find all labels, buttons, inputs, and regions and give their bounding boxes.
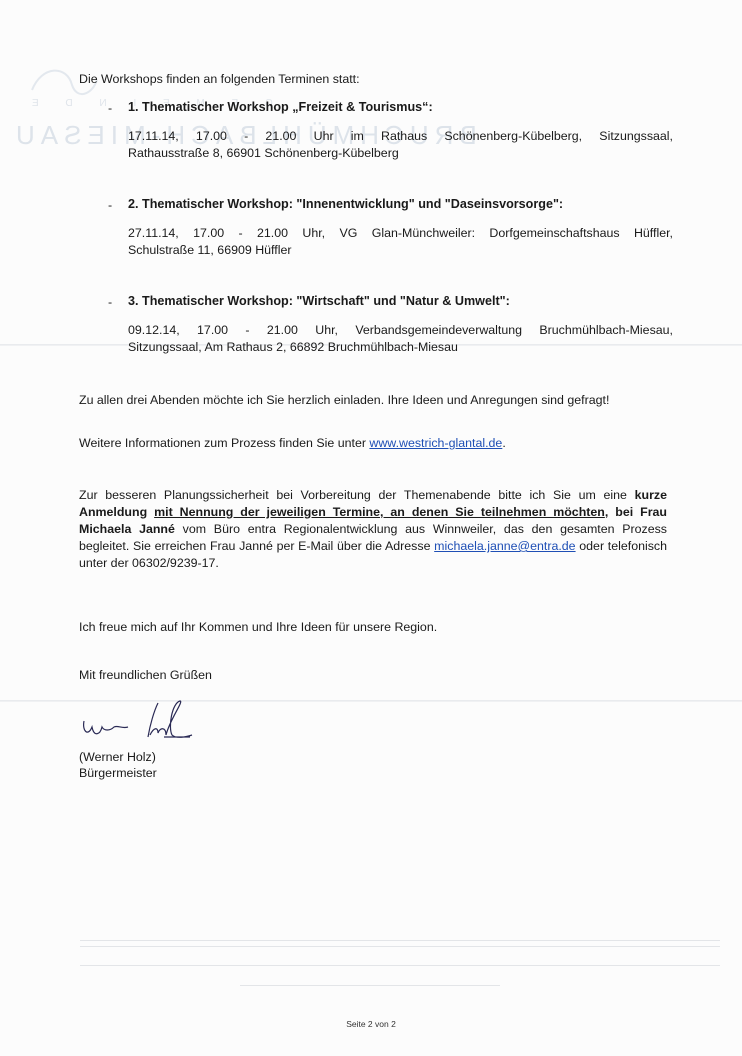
handwritten-signature	[80, 697, 200, 747]
workshop-2-title: 2. Thematischer Workshop: "Innenentwickl…	[128, 197, 563, 211]
workshop-2-details: 27.11.14, 17.00 - 21.00 Uhr, VG Glan-Mün…	[128, 225, 673, 259]
more-info-text: Weitere Informationen zum Prozess finden…	[79, 436, 369, 450]
greeting: Mit freundlichen Grüßen	[79, 667, 667, 684]
workshop-3-title: 3. Thematischer Workshop: "Wirtschaft" u…	[128, 294, 510, 308]
registration-paragraph: Zur besseren Planungssicherheit bei Vorb…	[79, 487, 667, 572]
page-number: Seite 2 von 2	[0, 1019, 742, 1029]
website-link[interactable]: www.westrich-glantal.de	[369, 436, 502, 450]
registration-bold-underlined: mit Nennung der jeweiligen Termine, an d…	[154, 505, 605, 519]
workshop-2-date-location: 27.11.14, 17.00 - 21.00 Uhr, VG Glan-Mün…	[128, 225, 673, 242]
workshop-1-title: 1. Thematischer Workshop „Freizeit & Tou…	[128, 100, 433, 114]
workshop-1-date-location: 17.11.14, 17.00 - 21.00 Uhr im Rathaus S…	[128, 128, 673, 145]
letter-page: G E M E I N D E BRUCHMÜHLBACH-MIESAU Die…	[0, 0, 742, 1056]
bleed-through-line	[240, 985, 500, 986]
workshop-1-details: 17.11.14, 17.00 - 21.00 Uhr im Rathaus S…	[128, 128, 673, 162]
signer-name: (Werner Holz)	[79, 749, 667, 766]
bleed-through-line	[80, 940, 720, 941]
closing-wish: Ich freue mich auf Ihr Kommen und Ihre I…	[79, 619, 667, 636]
workshop-1-address: Rathausstraße 8, 66901 Schönenberg-Kübel…	[128, 146, 399, 160]
more-info-paragraph: Weitere Informationen zum Prozess finden…	[79, 435, 667, 452]
bleed-through-line	[80, 965, 720, 966]
email-link[interactable]: michaela.janne@entra.de	[434, 539, 575, 553]
invitation-paragraph: Zu allen drei Abenden möchte ich Sie her…	[79, 392, 667, 409]
workshop-1-bullet: -	[108, 101, 112, 115]
more-info-suffix: .	[502, 436, 505, 450]
workshop-3-details: 09.12.14, 17.00 - 21.00 Uhr, Verbandsgem…	[128, 322, 673, 356]
signer-title: Bürgermeister	[79, 765, 667, 782]
workshop-3-address: Sitzungssaal, Am Rathaus 2, 66892 Bruchm…	[128, 340, 458, 354]
bleed-through-line	[80, 946, 720, 947]
workshop-2-address: Schulstraße 11, 66909 Hüffler	[128, 243, 291, 257]
workshop-2-bullet: -	[108, 198, 112, 212]
registration-text-1: Zur besseren Planungssicherheit bei Vorb…	[79, 488, 635, 502]
workshops-intro: Die Workshops finden an folgenden Termin…	[79, 71, 667, 88]
workshop-3-bullet: -	[108, 295, 112, 309]
workshop-3-date-location: 09.12.14, 17.00 - 21.00 Uhr, Verbandsgem…	[128, 322, 673, 339]
